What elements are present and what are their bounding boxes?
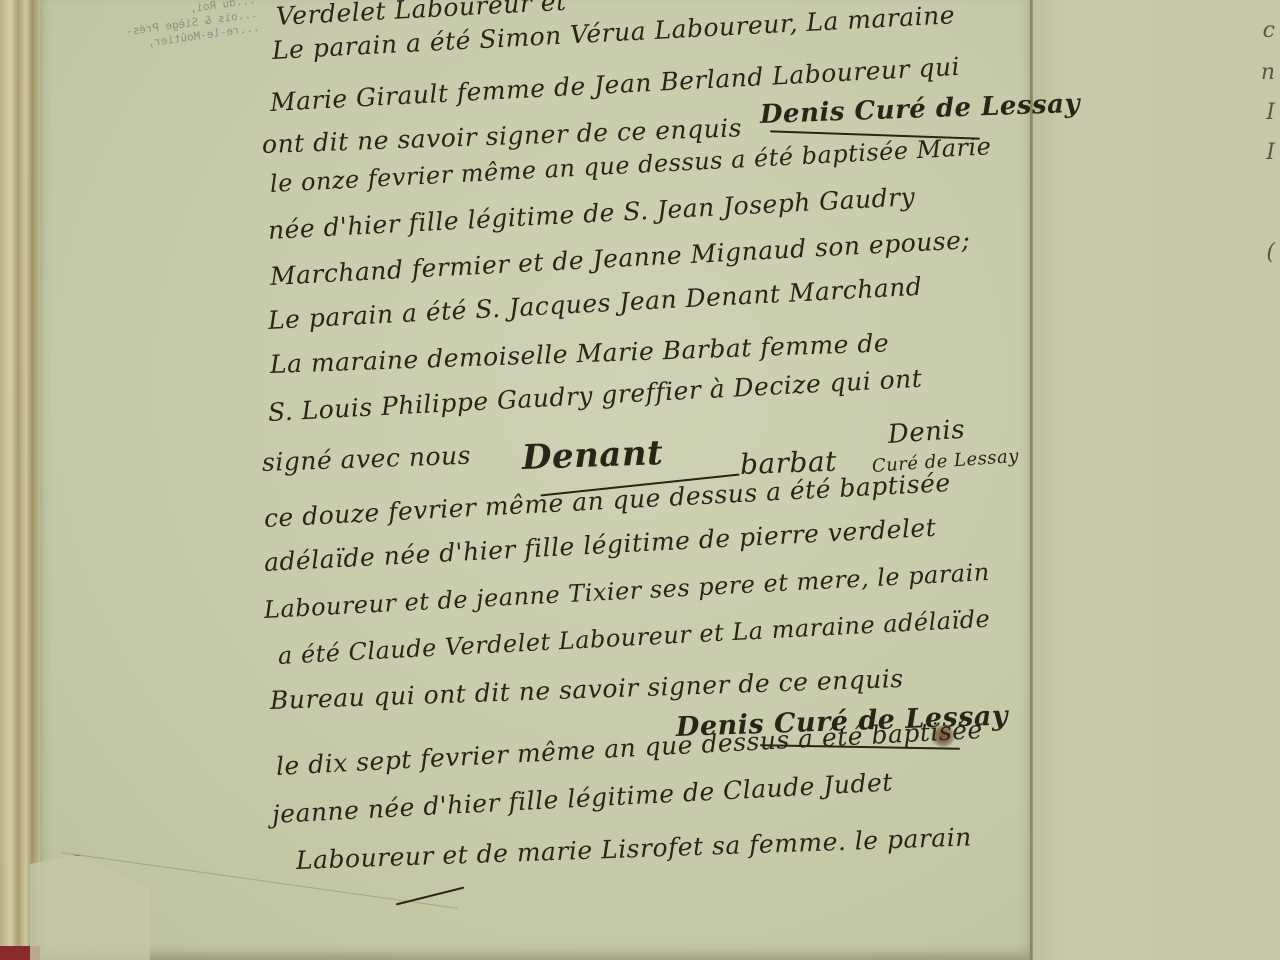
facing-page: c n I I ( <box>1032 0 1280 960</box>
document-photograph: c n I I ( ...du Roi, ...ois & Siège Prés… <box>0 0 1280 960</box>
facing-page-fragment: c <box>1263 18 1275 43</box>
facing-page-fragment: I <box>1266 100 1275 125</box>
facing-page-fragment: n <box>1261 60 1275 85</box>
facing-page-fragment: I <box>1266 140 1275 165</box>
priest-signature-name: Denis <box>887 415 966 450</box>
facing-page-fragment: ( <box>1266 240 1275 265</box>
witness-signature-denant: Denant <box>521 433 664 478</box>
